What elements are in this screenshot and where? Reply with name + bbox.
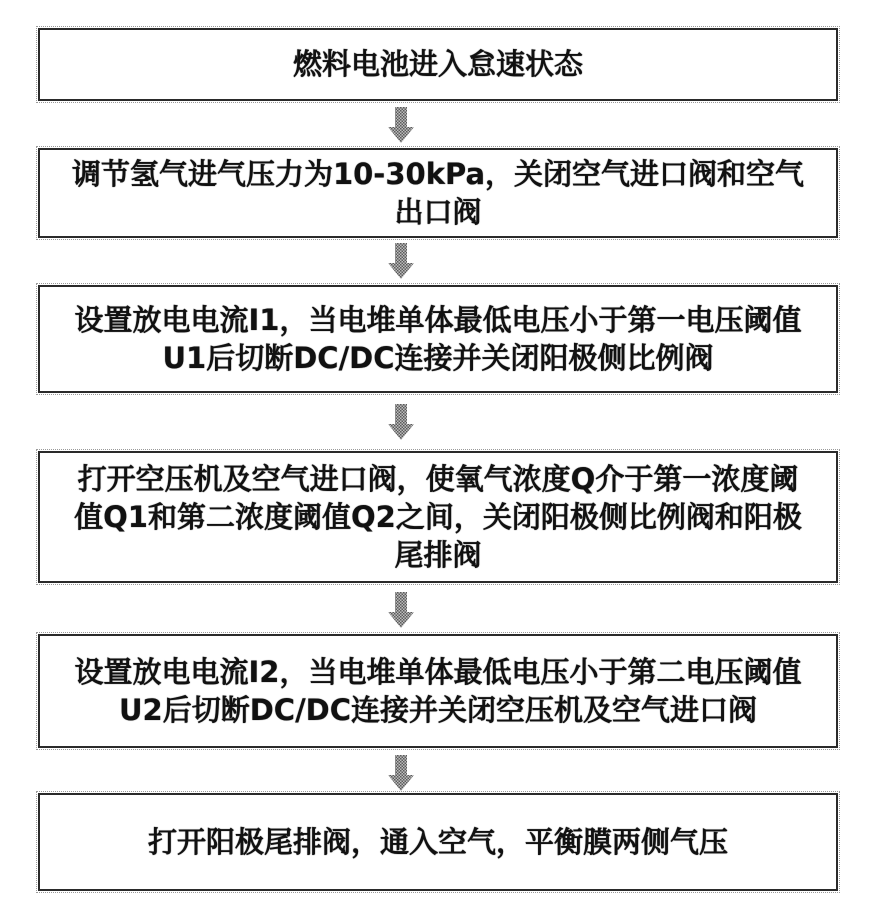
flow-step-2: 调节氢气进气压力为10-30kPa，关闭空气进口阀和空气出口阀	[38, 148, 838, 238]
flow-step-3: 设置放电电流I1，当电堆单体最低电压小于第一电压阈值U1后切断DC/DC连接并关…	[38, 285, 838, 393]
flow-step-1: 燃料电池进入怠速状态	[38, 28, 838, 101]
flow-step-4: 打开空压机及空气进口阀，使氧气浓度Q介于第一浓度阈值Q1和第二浓度阈值Q2之间，…	[38, 451, 838, 583]
flow-step-6: 打开阳极尾排阀，通入空气，平衡膜两侧气压	[38, 793, 838, 891]
flow-step-2-text: 调节氢气进气压力为10-30kPa，关闭空气进口阀和空气出口阀	[70, 155, 806, 232]
down-arrow-icon	[388, 243, 414, 279]
down-arrow-icon	[388, 592, 414, 628]
down-arrow-icon	[388, 404, 414, 440]
flow-step-4-text: 打开空压机及空气进口阀，使氧气浓度Q介于第一浓度阈值Q1和第二浓度阈值Q2之间，…	[70, 460, 806, 575]
flow-step-1-text: 燃料电池进入怠速状态	[293, 45, 583, 83]
flow-step-5-text: 设置放电电流I2，当电堆单体最低电压小于第二电压阈值U2后切断DC/DC连接并关…	[70, 653, 806, 730]
flow-step-3-text: 设置放电电流I1，当电堆单体最低电压小于第一电压阈值U1后切断DC/DC连接并关…	[70, 301, 806, 378]
flow-step-5: 设置放电电流I2，当电堆单体最低电压小于第二电压阈值U2后切断DC/DC连接并关…	[38, 634, 838, 748]
down-arrow-icon	[388, 107, 414, 143]
flow-step-6-text: 打开阳极尾排阀，通入空气，平衡膜两侧气压	[148, 823, 728, 861]
down-arrow-icon	[388, 755, 414, 791]
